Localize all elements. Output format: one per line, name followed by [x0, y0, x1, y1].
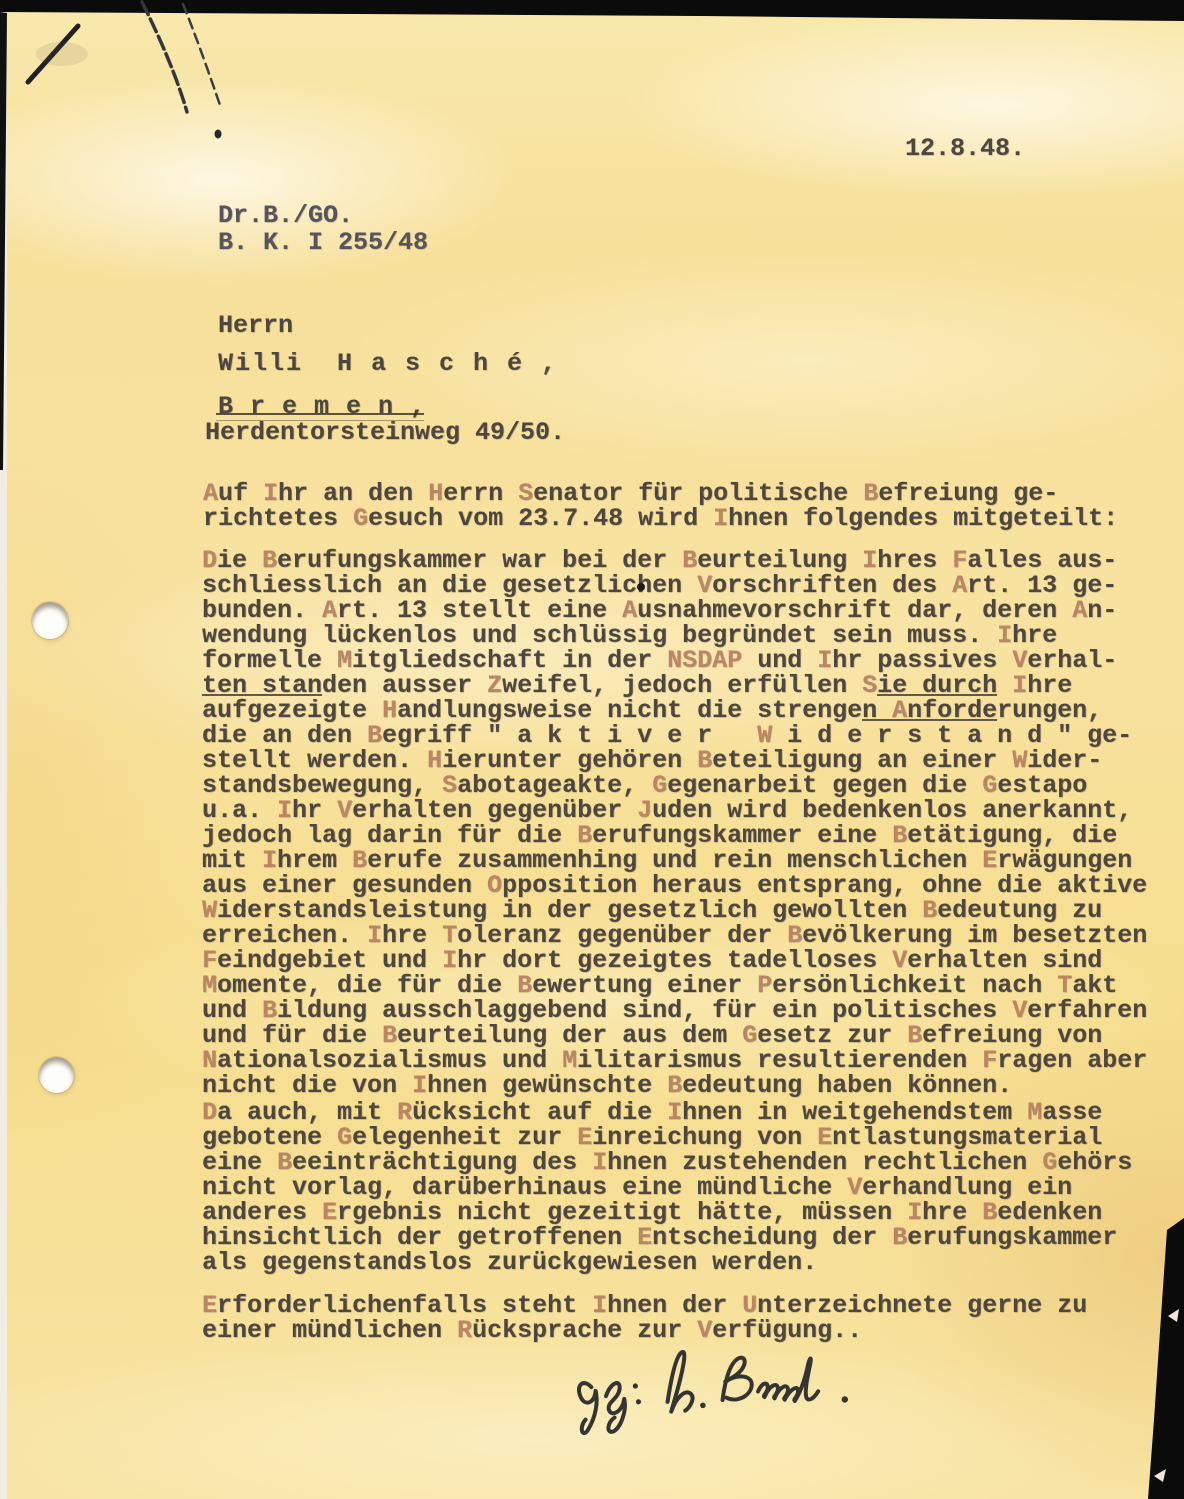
- paragraph-intro: Auf Ihr an den Herrn Senator für politis…: [203, 481, 1118, 531]
- recipient-city: B r e m e n ,: [218, 394, 426, 419]
- underline-formelle: [202, 694, 322, 696]
- paragraph-offer: Erforderlichenfalls steht Ihnen der Unte…: [202, 1293, 1087, 1343]
- recipient-city-underlined: B r e m e n ,: [218, 394, 426, 419]
- scanned-letter: 12.8.48. Dr.B./GO. B. K. I 255/48 Herrn …: [0, 0, 1184, 1499]
- punch-hole-bottom: [39, 1057, 74, 1093]
- recipient-salutation: Herrn: [218, 313, 293, 338]
- recipient-street: Herdentorsteinweg 49/50.: [205, 420, 565, 445]
- underline-sie-durch: [862, 719, 997, 721]
- date-text: 12.8.48.: [905, 136, 1025, 161]
- underline-passives: [877, 694, 997, 696]
- signature-scribble: [568, 1326, 875, 1459]
- reference-initials: Dr.B./GO.: [218, 203, 353, 228]
- signature-strokes: [577, 1341, 849, 1434]
- paragraph-closing: Da auch, mit Rücksicht auf die Ihnen in …: [202, 1100, 1132, 1275]
- reference-file-number: B. K. I 255/48: [218, 230, 428, 255]
- punch-hole-top: [32, 602, 68, 639]
- paragraph-main: Die Berufungskammer war bei der Beurteil…: [202, 548, 1147, 1098]
- recipient-name: Willi H a s c h é ,: [218, 351, 558, 376]
